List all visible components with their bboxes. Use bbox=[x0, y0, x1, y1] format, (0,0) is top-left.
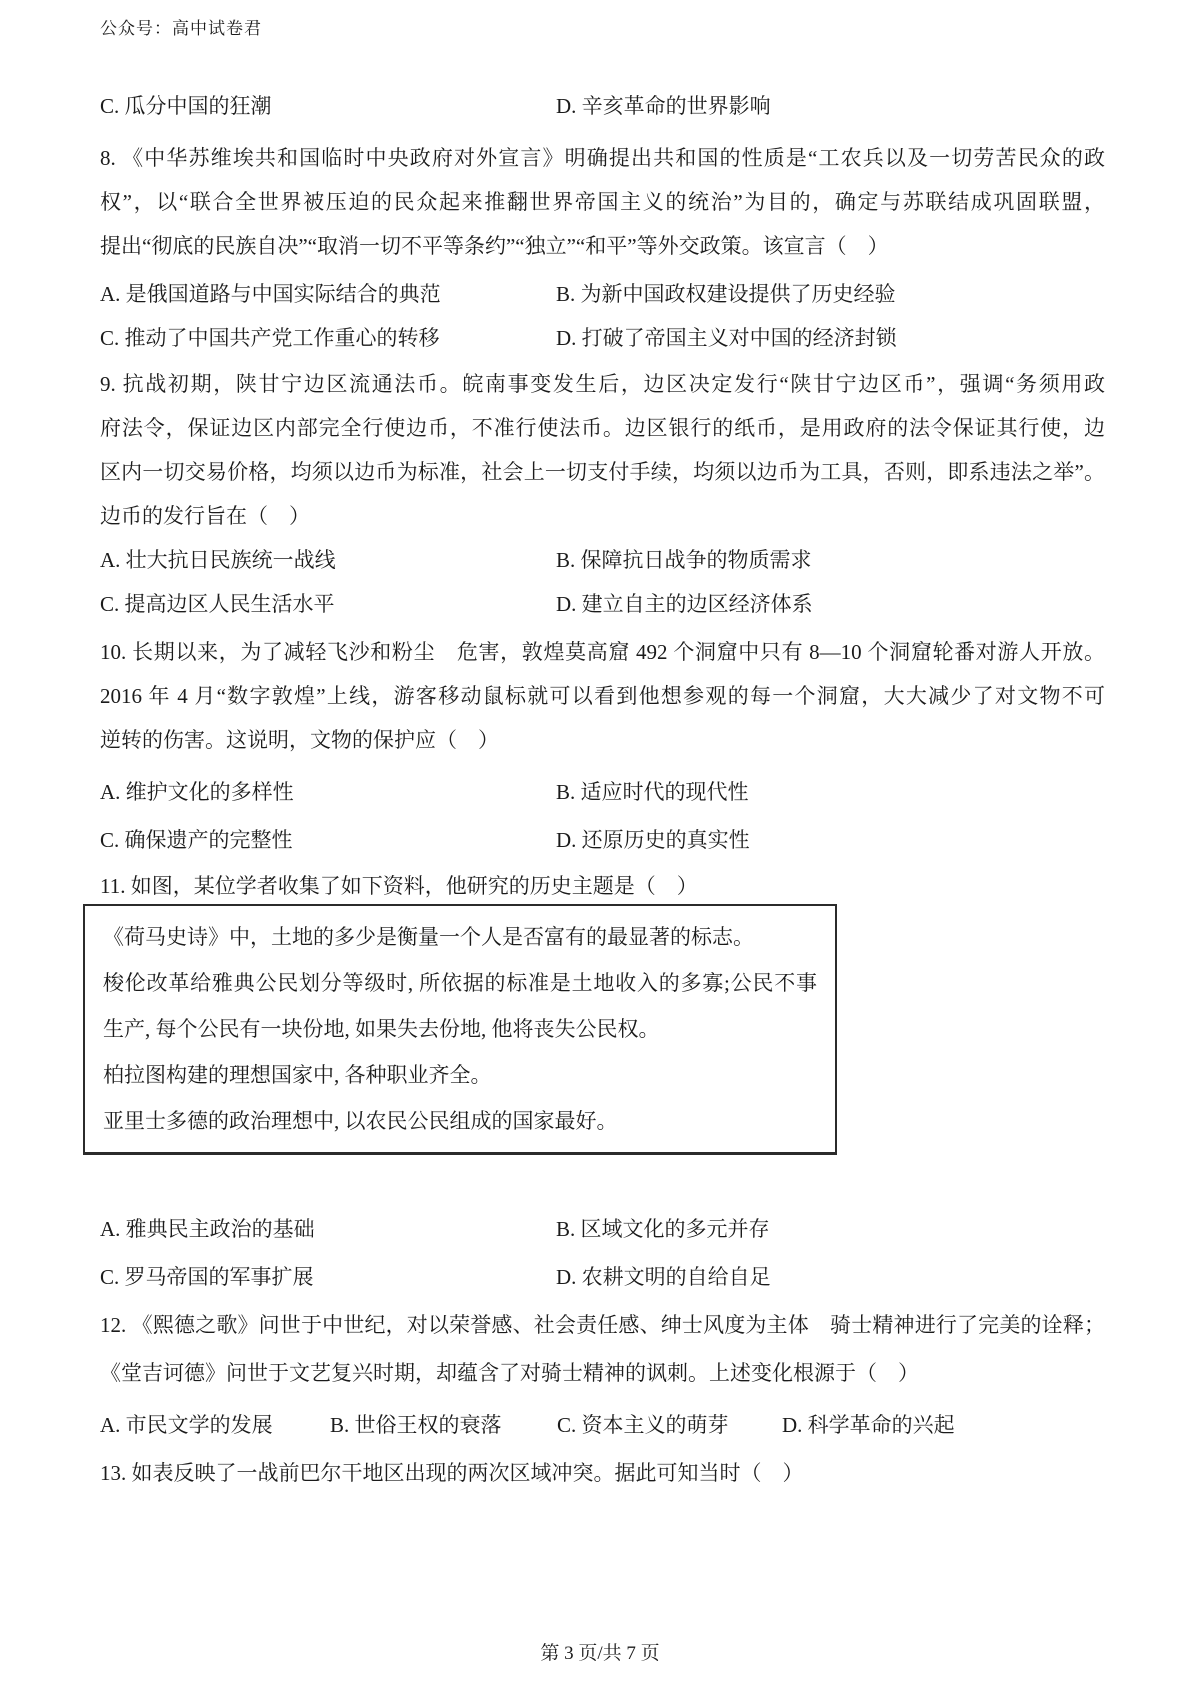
exam-page: 公众号：高中试卷君 C. 瓜分中国的狂潮 D. 辛亥革命的世界影响 8. 《中华… bbox=[0, 0, 1200, 1698]
question-12-line-2: 《堂吉诃德》问世于文艺复兴时期，却蕴含了对骑士精神的讽刺。上述变化根源于（ ） bbox=[100, 1349, 1105, 1397]
option-a: A. 是俄国道路与中国实际结合的典范 bbox=[100, 272, 556, 316]
box-line-homer: 《荷马史诗》中，土地的多少是衡量一个人是否富有的最显著的标志。 bbox=[103, 914, 817, 960]
option-c: C. 推动了中国共产党工作重心的转移 bbox=[100, 316, 556, 360]
question-8: 8. 《中华苏维埃共和国临时中央政府对外宣言》明确提出共和国的性质是“工农兵以及… bbox=[100, 136, 1105, 268]
question-9-options: A. 壮大抗日民族统一战线 B. 保障抗日战争的物质需求 C. 提高边区人民生活… bbox=[100, 538, 1105, 626]
question-10-line-1: 10. 长期以来，为了减轻飞沙和粉尘 危害，敦煌莫高窟 492 个洞窟中只有 8… bbox=[100, 630, 1105, 674]
options-row-ab: A. 维护文化的多样性 B. 适应时代的现代性 bbox=[100, 768, 1105, 816]
options-row-cd: C. 提高边区人民生活水平 D. 建立自主的边区经济体系 bbox=[100, 582, 1105, 626]
question-9: 9. 抗战初期，陕甘宁边区流通法币。皖南事变发生后，边区决定发行“陕甘宁边区币”… bbox=[100, 362, 1105, 538]
question-8-line-3: 提出“彻底的民族自决”“取消一切不平等条约”“独立”“和平”等外交政策。该宣言（… bbox=[100, 224, 1105, 268]
option-a: A. 雅典民主政治的基础 bbox=[100, 1205, 556, 1253]
question-8-options: A. 是俄国道路与中国实际结合的典范 B. 为新中国政权建设提供了历史经验 C.… bbox=[100, 272, 1105, 360]
option-c: C. 资本主义的萌芽 bbox=[557, 1401, 782, 1449]
question-12: 12. 《熙德之歌》问世于中世纪，对以荣誉感、社会责任感、绅士风度为主体 骑士精… bbox=[100, 1301, 1105, 1397]
option-c: C. 提高边区人民生活水平 bbox=[100, 582, 556, 626]
box-line-solon-2: 生产, 每个公民有一块份地, 如果失去份地, 他将丧失公民权。 bbox=[103, 1006, 817, 1052]
prev-option-c: C. 瓜分中国的狂潮 bbox=[100, 84, 556, 128]
question-11-source-box: 《荷马史诗》中，土地的多少是衡量一个人是否富有的最显著的标志。 梭伦改革给雅典公… bbox=[83, 904, 837, 1155]
question-8-line-1: 8. 《中华苏维埃共和国临时中央政府对外宣言》明确提出共和国的性质是“工农兵以及… bbox=[100, 136, 1105, 180]
option-d: D. 农耕文明的自给自足 bbox=[556, 1253, 1105, 1301]
options-row-ab: A. 是俄国道路与中国实际结合的典范 B. 为新中国政权建设提供了历史经验 bbox=[100, 272, 1105, 316]
brand-watermark: 公众号：高中试卷君 bbox=[100, 14, 262, 39]
prev-question-options-row: C. 瓜分中国的狂潮 D. 辛亥革命的世界影响 bbox=[100, 84, 1105, 128]
question-10-line-2: 2016 年 4 月“数字敦煌”上线，游客移动鼠标就可以看到他想参观的每一个洞窟… bbox=[100, 674, 1105, 718]
question-11-options: A. 雅典民主政治的基础 B. 区域文化的多元并存 C. 罗马帝国的军事扩展 D… bbox=[100, 1205, 1105, 1301]
options-row-cd: C. 确保遗产的完整性 D. 还原历史的真实性 bbox=[100, 816, 1105, 864]
question-9-line-1: 9. 抗战初期，陕甘宁边区流通法币。皖南事变发生后，边区决定发行“陕甘宁边区币”… bbox=[100, 362, 1105, 406]
option-a: A. 市民文学的发展 bbox=[100, 1401, 330, 1449]
question-8-line-2: 权”，以“联合全世界被压迫的民众起来推翻世界帝国主义的统治”为目的，确定与苏联结… bbox=[100, 180, 1105, 224]
option-b: B. 区域文化的多元并存 bbox=[556, 1205, 1105, 1253]
options-row-cd: C. 罗马帝国的军事扩展 D. 农耕文明的自给自足 bbox=[100, 1253, 1105, 1301]
prev-option-d: D. 辛亥革命的世界影响 bbox=[556, 84, 1105, 128]
option-d: D. 科学革命的兴起 bbox=[782, 1401, 1105, 1449]
option-d: D. 还原历史的真实性 bbox=[556, 816, 1105, 864]
option-b: B. 适应时代的现代性 bbox=[556, 768, 1105, 816]
question-12-line-1: 12. 《熙德之歌》问世于中世纪，对以荣誉感、社会责任感、绅士风度为主体 骑士精… bbox=[100, 1301, 1105, 1349]
question-13-stem: 13. 如表反映了一战前巴尔干地区出现的两次区域冲突。据此可知当时（ ） bbox=[100, 1451, 1105, 1495]
option-d: D. 打破了帝国主义对中国的经济封锁 bbox=[556, 316, 1105, 360]
question-10-options: A. 维护文化的多样性 B. 适应时代的现代性 C. 确保遗产的完整性 D. 还… bbox=[100, 768, 1105, 864]
options-row-cd: C. 推动了中国共产党工作重心的转移 D. 打破了帝国主义对中国的经济封锁 bbox=[100, 316, 1105, 360]
question-10-line-3: 逆转的伤害。这说明，文物的保护应（ ） bbox=[100, 718, 1105, 762]
box-line-aristotle: 亚里士多德的政治理想中, 以农民公民组成的国家最好。 bbox=[103, 1098, 817, 1144]
page-number: 第 3 页/共 7 页 bbox=[0, 1638, 1200, 1665]
question-9-line-4: 边币的发行旨在（ ） bbox=[100, 494, 1105, 538]
option-c: C. 罗马帝国的军事扩展 bbox=[100, 1253, 556, 1301]
option-a: A. 维护文化的多样性 bbox=[100, 768, 556, 816]
question-12-options: A. 市民文学的发展 B. 世俗王权的衰落 C. 资本主义的萌芽 D. 科学革命… bbox=[100, 1401, 1105, 1449]
option-a: A. 壮大抗日民族统一战线 bbox=[100, 538, 556, 582]
question-9-line-3: 区内一切交易价格，均须以边币为标准，社会上一切支付手续，均须以边币为工具，否则，… bbox=[100, 450, 1105, 494]
option-c: C. 确保遗产的完整性 bbox=[100, 816, 556, 864]
question-11-stem: 11. 如图，某位学者收集了如下资料，他研究的历史主题是（ ） bbox=[100, 864, 1105, 908]
option-d: D. 建立自主的边区经济体系 bbox=[556, 582, 1105, 626]
box-line-solon-1: 梭伦改革给雅典公民划分等级时, 所依据的标准是土地收入的多寡;公民不事 bbox=[103, 960, 817, 1006]
option-b: B. 世俗王权的衰落 bbox=[330, 1401, 557, 1449]
option-b: B. 保障抗日战争的物质需求 bbox=[556, 538, 1105, 582]
page-content: C. 瓜分中国的狂潮 D. 辛亥革命的世界影响 8. 《中华苏维埃共和国临时中央… bbox=[100, 84, 1105, 1495]
options-row-ab: A. 壮大抗日民族统一战线 B. 保障抗日战争的物质需求 bbox=[100, 538, 1105, 582]
question-10: 10. 长期以来，为了减轻飞沙和粉尘 危害，敦煌莫高窟 492 个洞窟中只有 8… bbox=[100, 630, 1105, 762]
box-line-plato: 柏拉图构建的理想国家中, 各种职业齐全。 bbox=[103, 1052, 817, 1098]
question-9-line-2: 府法令，保证边区内部完全行使边币，不准行使法币。边区银行的纸币，是用政府的法令保… bbox=[100, 406, 1105, 450]
options-row-ab: A. 雅典民主政治的基础 B. 区域文化的多元并存 bbox=[100, 1205, 1105, 1253]
option-b: B. 为新中国政权建设提供了历史经验 bbox=[556, 272, 1105, 316]
